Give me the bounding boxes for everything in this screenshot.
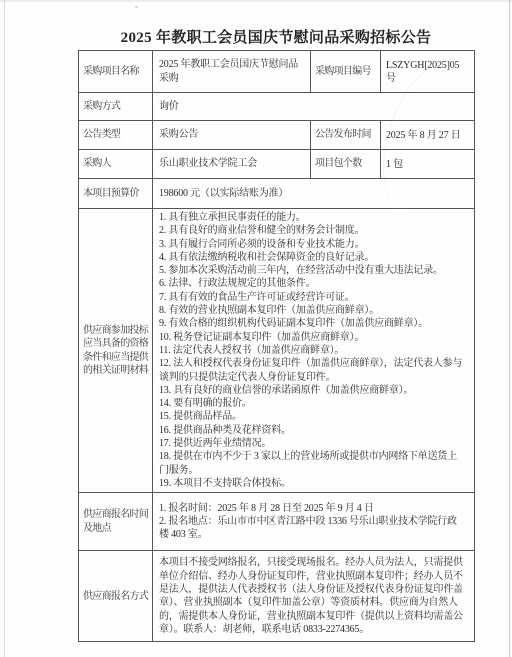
qualification-item: 18. 提供在市内不少于 3 家以上的营业场所或提供市内网络下单送货上门服务。 bbox=[159, 450, 465, 477]
page-title: 2025 年教职工会员国庆节慰问品采购招标公告 bbox=[78, 26, 474, 47]
registration-label: 供应商报名时间及地点 bbox=[79, 493, 153, 551]
qualification-list: 1. 具有独立承担民事责任的能力。 2. 具有良好的商业信誉和健全的财务会计制度… bbox=[153, 209, 475, 493]
qualification-item: 6. 法律、行政法规规定的其他条件。 bbox=[159, 277, 465, 290]
qualification-item: 15. 提供商品样品。 bbox=[159, 410, 465, 423]
package-count-value: 1 包 bbox=[381, 150, 475, 179]
signup-method-label: 供应商报名方式 bbox=[79, 551, 153, 642]
qualification-item: 17. 提供近两年业绩情况。 bbox=[159, 437, 465, 450]
qualification-item: 8. 有效的营业执照副本复印件（加盖供应商鲜章）。 bbox=[159, 304, 465, 317]
publish-time-label: 公告发布时间 bbox=[311, 121, 381, 150]
project-name-label: 采购项目名称 bbox=[79, 51, 153, 93]
qualification-item: 4. 具有依法缴纳税收和社会保障资金的良好记录。 bbox=[159, 251, 465, 264]
registration-info: 1. 报名时间：2025 年 8 月 28 日至 2025 年 9 月 4 日 … bbox=[153, 493, 475, 551]
qualification-item: 5. 参加本次采购活动前三年内，在经营活动中没有重大违法记录。 bbox=[159, 264, 465, 277]
qualification-item: 13. 具有良好的商业信誉的承诺函原件（加盖供应商鲜章）。 bbox=[159, 384, 465, 397]
project-name-value: 2025 年教职工会员国庆节慰问品采购 bbox=[153, 51, 311, 93]
table-row-qualification: 供应商参加投标应当具备的资格条件和应当提供的相关证明材料 1. 具有独立承担民事… bbox=[79, 209, 475, 493]
publish-time-value: 2025 年 8 月 27 日 bbox=[381, 121, 475, 150]
scan-edge-right bbox=[509, 0, 510, 657]
scan-speck bbox=[135, 6, 138, 8]
qualification-label: 供应商参加投标应当具备的资格条件和应当提供的相关证明材料 bbox=[79, 209, 153, 493]
project-no-value: LSZYGH[2025]05 号 bbox=[381, 51, 475, 93]
notice-type-value: 采购公告 bbox=[153, 121, 311, 150]
method-label: 采购方式 bbox=[79, 93, 153, 121]
registration-item: 2. 报名地点：乐山市市中区青江路中段 1336 号乐山职业技术学院行政楼 40… bbox=[159, 515, 465, 542]
scan-edge-top bbox=[0, 0, 512, 2]
table-row-method: 采购方式 询价 bbox=[79, 93, 475, 121]
document-page: 2025 年教职工会员国庆节慰问品采购招标公告 采购项目名称 2025 年教职工… bbox=[0, 0, 512, 657]
qualification-item: 1. 具有独立承担民事责任的能力。 bbox=[159, 211, 465, 224]
table-row-purchaser: 采购人 乐山职业技术学院工会 项目包个数 1 包 bbox=[79, 150, 475, 179]
qualification-item: 11. 法定代表人授权书（加盖供应商鲜章）。 bbox=[159, 344, 465, 357]
package-count-label: 项目包个数 bbox=[311, 150, 381, 179]
qualification-item: 19. 本项目不支持联合体投标。 bbox=[159, 477, 465, 490]
table-row-budget: 本项目预算价 198600 元（以实际结账为准） bbox=[79, 179, 475, 209]
budget-value: 198600 元（以实际结账为准） bbox=[153, 179, 475, 209]
notice-type-label: 公告类型 bbox=[79, 121, 153, 150]
qualification-item: 16. 提供商品种类及花样资料。 bbox=[159, 424, 465, 437]
signup-method-text: 本项目不接受网络报名，只接受现场报名。经办人员为法人，只需提供单位介绍信、经办人… bbox=[153, 551, 475, 642]
scan-edge-left bbox=[4, 0, 5, 657]
announcement-table: 采购项目名称 2025 年教职工会员国庆节慰问品采购 采购项目编号 LSZYGH… bbox=[78, 50, 475, 642]
qualification-item: 9. 有效合格的组织机构代码证副本复印件（加盖供应商鲜章）。 bbox=[159, 317, 465, 330]
qualification-item: 3. 具有履行合同所必须的设备和专业技术能力。 bbox=[159, 238, 465, 251]
purchaser-value: 乐山职业技术学院工会 bbox=[153, 150, 311, 179]
budget-label: 本项目预算价 bbox=[79, 179, 153, 209]
table-row-project: 采购项目名称 2025 年教职工会员国庆节慰问品采购 采购项目编号 LSZYGH… bbox=[79, 51, 475, 93]
qualification-item: 7. 具有有效的食品生产许可证或经营许可证。 bbox=[159, 291, 465, 304]
qualification-item: 14. 要有明确的报价。 bbox=[159, 397, 465, 410]
table-row-registration: 供应商报名时间及地点 1. 报名时间：2025 年 8 月 28 日至 2025… bbox=[79, 493, 475, 551]
qualification-item: 12. 法人和授权代表身份证复印件（加盖供应商鲜章），法定代表人参与谈判的只提供… bbox=[159, 357, 465, 384]
qualification-item: 2. 具有良好的商业信誉和健全的财务会计制度。 bbox=[159, 224, 465, 237]
method-value: 询价 bbox=[153, 93, 475, 121]
project-no-label: 采购项目编号 bbox=[311, 51, 381, 93]
purchaser-label: 采购人 bbox=[79, 150, 153, 179]
registration-item: 1. 报名时间：2025 年 8 月 28 日至 2025 年 9 月 4 日 bbox=[159, 502, 465, 515]
qualification-item: 10. 税务登记证副本复印件（加盖供应商鲜章）。 bbox=[159, 331, 465, 344]
table-row-signup-method: 供应商报名方式 本项目不接受网络报名，只接受现场报名。经办人员为法人，只需提供单… bbox=[79, 551, 475, 642]
table-row-notice: 公告类型 采购公告 公告发布时间 2025 年 8 月 27 日 bbox=[79, 121, 475, 150]
